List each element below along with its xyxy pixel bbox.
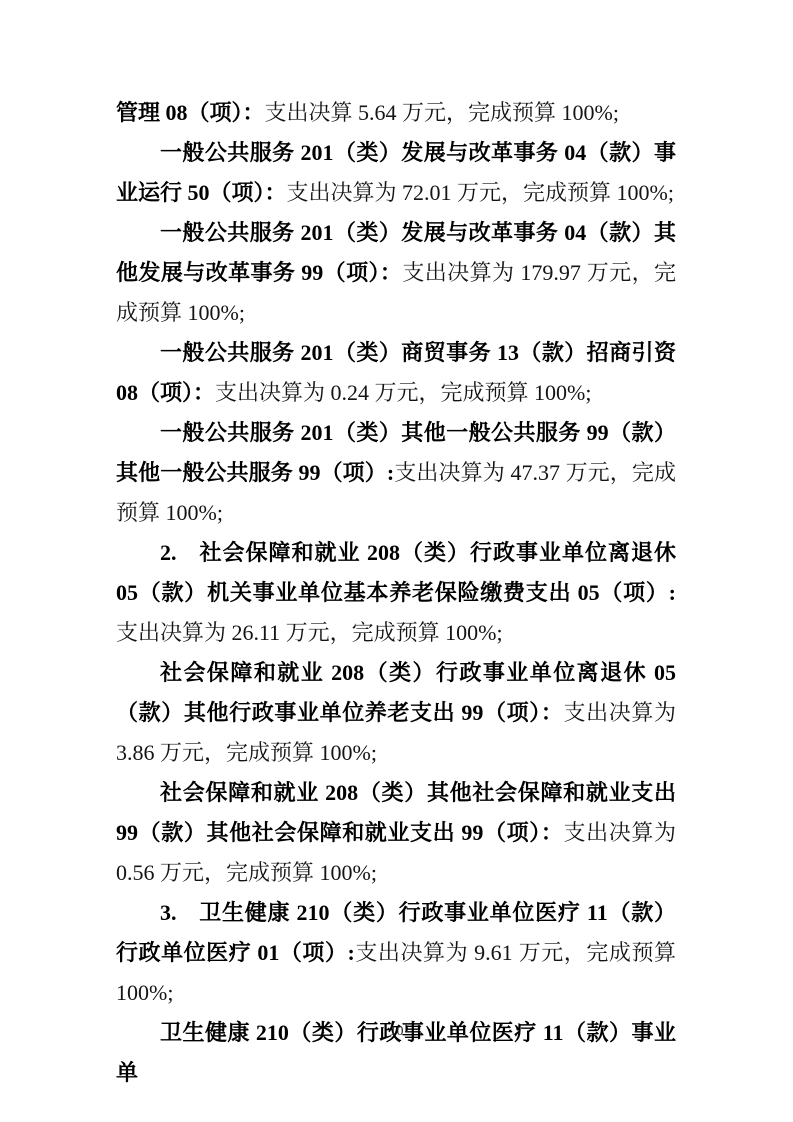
budget-item-value: 支出决算 5.64 万元，完成预算 100%; [265,100,619,125]
budget-paragraph-numbered-2: 2. 社会保障和就业 208（类）行政事业单位离退休 05（款）机关事业单位基本… [116,533,676,653]
budget-paragraph: 一般公共服务 201（类）发展与改革事务 04（款）事业运行 50（项）：支出决… [116,133,676,213]
document-content: 管理 08（项）：支出决算 5.64 万元，完成预算 100%; 一般公共服务 … [116,93,676,1093]
budget-item-value: 支出决算为 72.01 万元，完成预算 100%; [287,180,674,205]
budget-paragraph: 管理 08（项）：支出决算 5.64 万元，完成预算 100%; [116,93,676,133]
budget-paragraph: 社会保障和就业 208（类）其他社会保障和就业支出 99（款）其他社会保障和就业… [116,773,676,893]
budget-item-value: 支出决算为 26.11 万元，完成预算 100%; [116,620,503,645]
budget-item-value: 支出决算为 0.24 万元，完成预算 100%; [215,380,591,405]
budget-paragraph: 一般公共服务 201（类）商贸事务 13（款）招商引资 08（项）：支出决算为 … [116,333,676,413]
budget-item-label: 2. 社会保障和就业 208（类）行政事业单位离退休 05（款）机关事业单位基本… [116,540,676,605]
budget-paragraph: 一般公共服务 201（类）发展与改革事务 04（款）其他发展与改革事务 99（项… [116,213,676,333]
budget-paragraph: 一般公共服务 201（类）其他一般公共服务 99（款）其他一般公共服务 99（项… [116,413,676,533]
document-page: 管理 08（项）：支出决算 5.64 万元，完成预算 100%; 一般公共服务 … [0,0,793,1122]
budget-paragraph: 社会保障和就业 208（类）行政事业单位离退休 05（款）其他行政事业单位养老支… [116,653,676,773]
budget-paragraph-numbered-3: 3. 卫生健康 210（类）行政事业单位医疗 11（款）行政单位医疗 01（项）… [116,893,676,1013]
budget-item-label: 管理 08（项）： [116,100,265,125]
page-number: 10 [0,1024,793,1040]
